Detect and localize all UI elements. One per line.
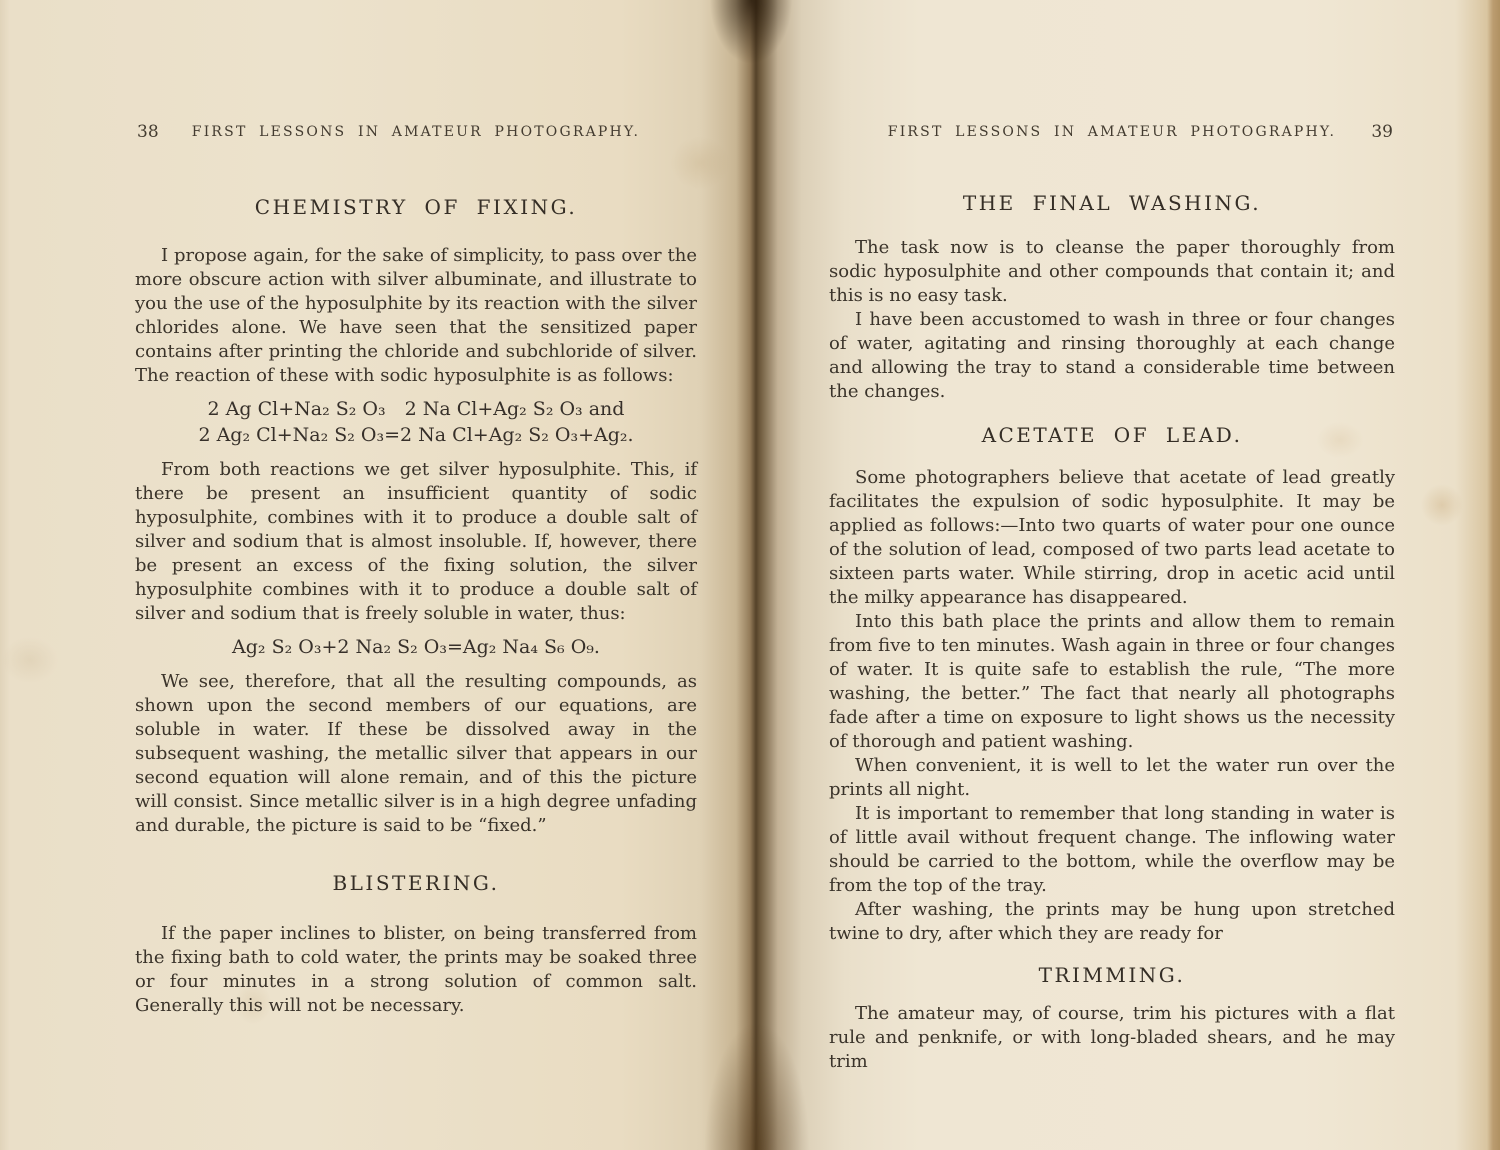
paragraph-acetate-into-bath: Into this bath place the prints and allo… bbox=[829, 610, 1395, 754]
left-page-number: 38 bbox=[137, 122, 159, 142]
heading-final-washing: THE FINAL WASHING. bbox=[829, 192, 1395, 214]
right-page-number: 39 bbox=[1371, 122, 1393, 142]
heading-acetate-of-lead: ACETATE OF LEAD. bbox=[829, 424, 1395, 446]
book-gutter-shadow bbox=[700, 0, 820, 1150]
paragraph-acetate-after-washing: After washing, the prints may be hung up… bbox=[829, 898, 1395, 946]
paragraph-trimming: The amateur may, of course, trim his pic… bbox=[829, 1002, 1395, 1074]
paragraph-fixing-reactions: From both reactions we get silver hyposu… bbox=[135, 458, 697, 626]
paragraph-fixing-conclusion: We see, therefore, that all the resultin… bbox=[135, 670, 697, 838]
paragraph-acetate-important: It is important to remember that long st… bbox=[829, 802, 1395, 898]
chemical-equations-first: 2 Ag Cl+Na₂ S₂ O₃ 2 Na Cl+Ag₂ S₂ O₃ and … bbox=[135, 396, 697, 448]
equation-line-1: 2 Ag Cl+Na₂ S₂ O₃ 2 Na Cl+Ag₂ S₂ O₃ and bbox=[135, 396, 697, 422]
right-running-title: FIRST LESSONS IN AMATEUR PHOTOGRAPHY. bbox=[829, 124, 1395, 140]
paragraph-acetate-convenient: When convenient, it is well to let the w… bbox=[829, 754, 1395, 802]
heading-chemistry-of-fixing: CHEMISTRY OF FIXING. bbox=[135, 196, 697, 218]
left-running-title: FIRST LESSONS IN AMATEUR PHOTOGRAPHY. bbox=[135, 124, 697, 140]
left-page: 38 FIRST LESSONS IN AMATEUR PHOTOGRAPHY.… bbox=[135, 0, 697, 1150]
paragraph-blistering: If the paper inclines to blister, on bei… bbox=[135, 922, 697, 1018]
heading-trimming: TRIMMING. bbox=[829, 964, 1395, 986]
paragraph-acetate-some: Some photographers believe that acetate … bbox=[829, 466, 1395, 610]
left-running-header: 38 FIRST LESSONS IN AMATEUR PHOTOGRAPHY. bbox=[135, 124, 697, 146]
right-running-header: FIRST LESSONS IN AMATEUR PHOTOGRAPHY. 39 bbox=[829, 124, 1395, 146]
right-page-text-column: THE FINAL WASHING. The task now is to cl… bbox=[829, 192, 1395, 1074]
equation-double-salt: Ag₂ S₂ O₃+2 Na₂ S₂ O₃=Ag₂ Na₄ S₆ O₉. bbox=[135, 634, 697, 660]
book-spread: 38 FIRST LESSONS IN AMATEUR PHOTOGRAPHY.… bbox=[0, 0, 1500, 1150]
paragraph-washing-accustomed: I have been accustomed to wash in three … bbox=[829, 308, 1395, 404]
page-edge-right bbox=[1488, 0, 1500, 1150]
equation-line-2: 2 Ag₂ Cl+Na₂ S₂ O₃=2 Na Cl+Ag₂ S₂ O₃+Ag₂… bbox=[135, 422, 697, 448]
paragraph-washing-task: The task now is to cleanse the paper tho… bbox=[829, 236, 1395, 308]
right-page: FIRST LESSONS IN AMATEUR PHOTOGRAPHY. 39… bbox=[829, 0, 1395, 1150]
heading-blistering: BLISTERING. bbox=[135, 872, 697, 894]
left-page-text-column: CHEMISTRY OF FIXING. I propose again, fo… bbox=[135, 196, 697, 1018]
paragraph-fixing-intro: I propose again, for the sake of simplic… bbox=[135, 244, 697, 388]
